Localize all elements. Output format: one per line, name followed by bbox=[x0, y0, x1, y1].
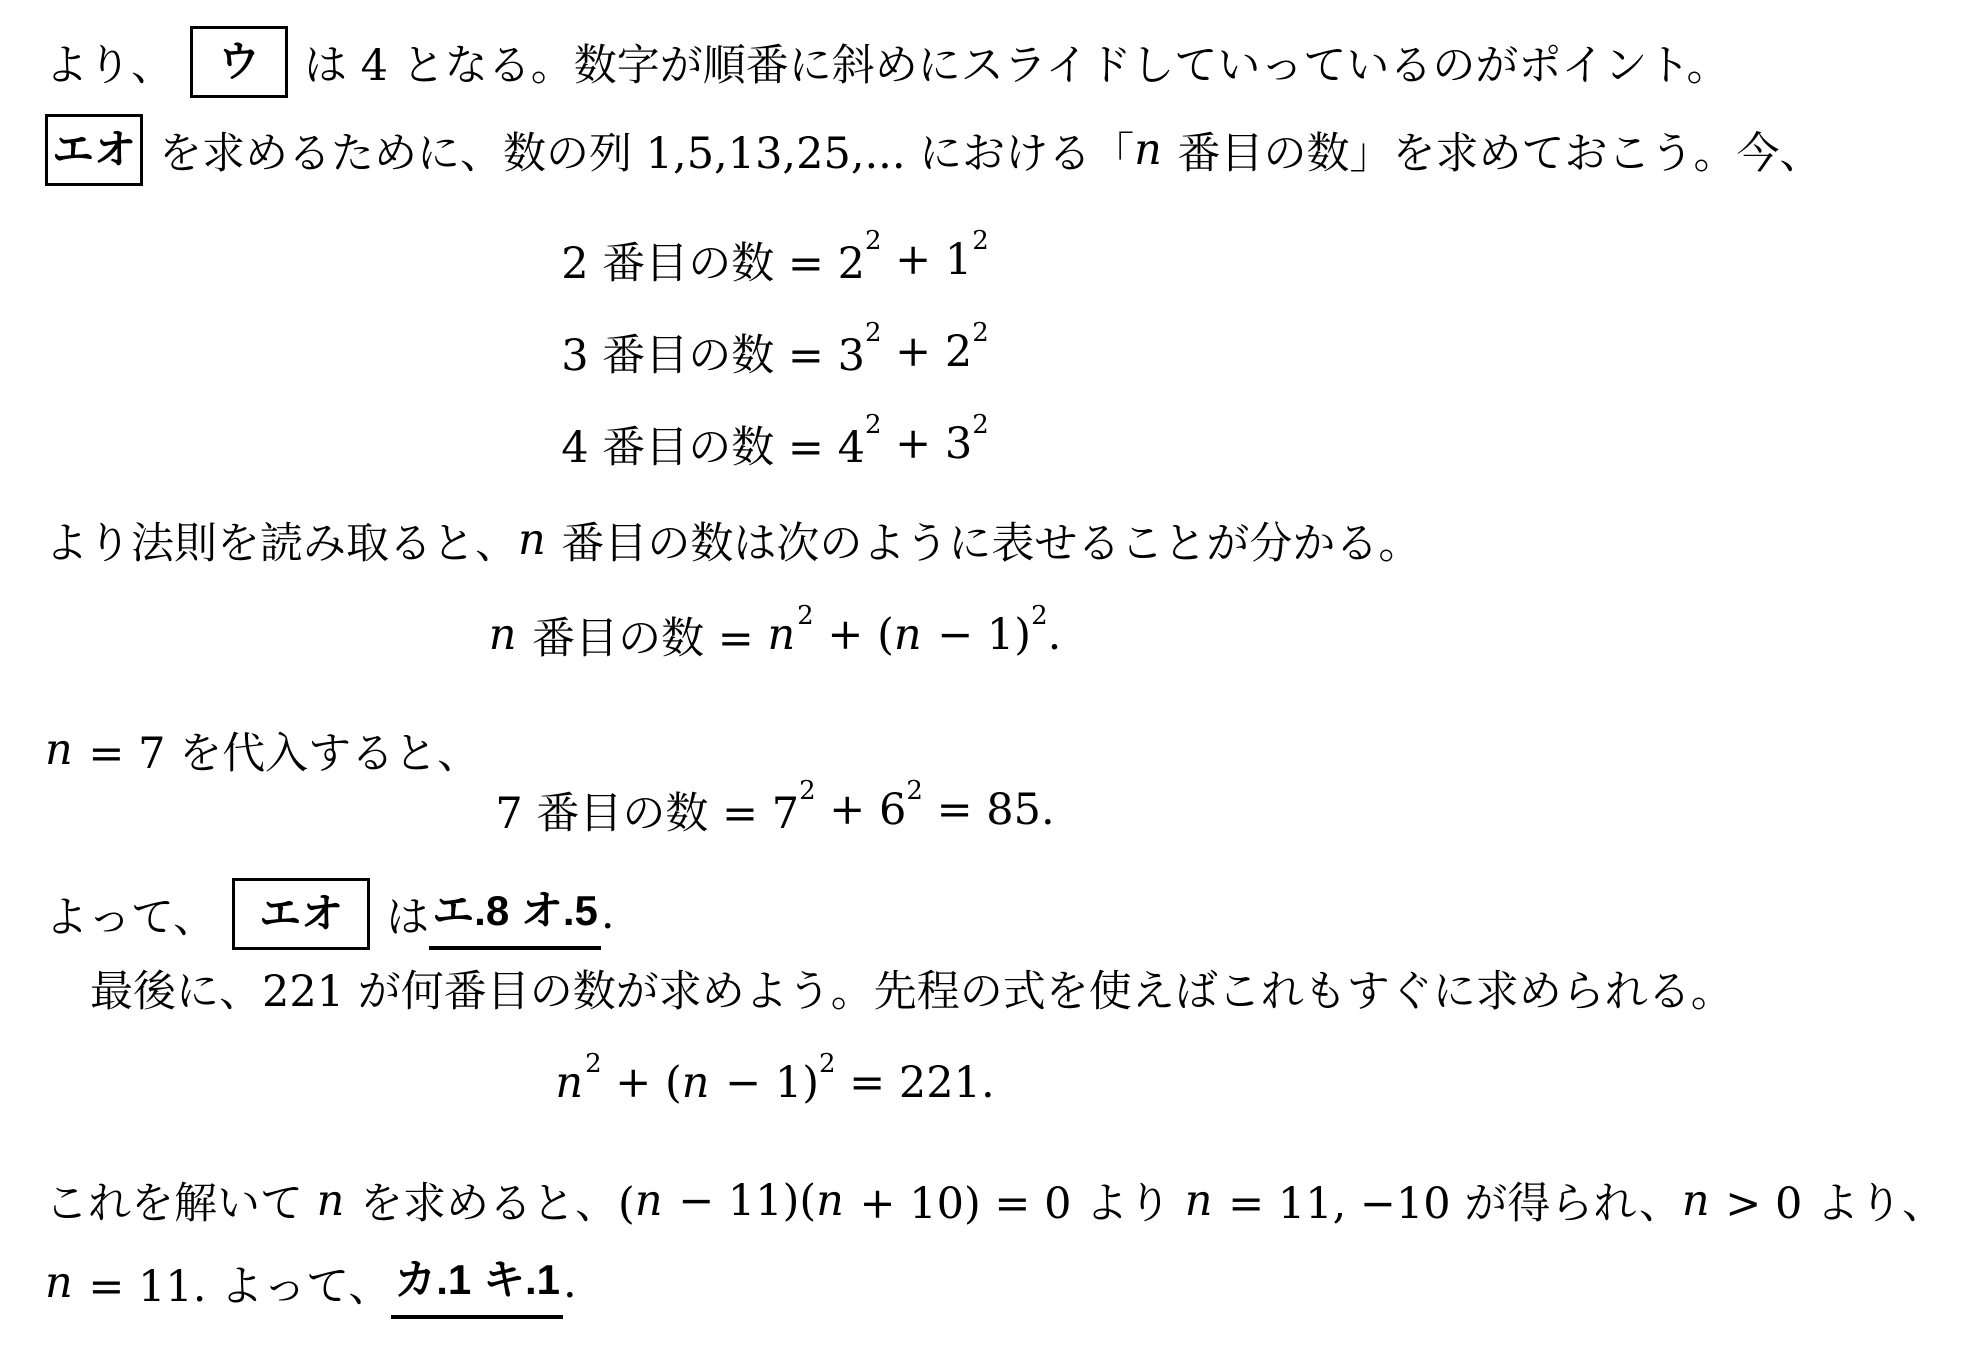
body-text: これを解いて bbox=[45, 1170, 317, 1231]
paragraph-finally: 最後に、221 が何番目の数が求めよう。先程の式を使えばこれもすぐに求められる。 bbox=[45, 958, 1505, 1018]
math-var-n: n bbox=[518, 515, 548, 565]
math-var-n: n bbox=[1134, 125, 1164, 175]
body-text: より、 bbox=[45, 32, 174, 93]
math-var-n: n bbox=[317, 1176, 347, 1226]
answer-underline-eo: エ.8 オ.5 bbox=[429, 878, 601, 950]
math-var-n: n bbox=[45, 1258, 75, 1308]
paragraph-substitute-7: n = 7 を代入すると、 bbox=[45, 720, 1505, 780]
answer-box-eo: エオ bbox=[45, 114, 143, 186]
equation-221: n2 + (n − 1)2 = 221. bbox=[45, 1043, 1505, 1123]
body-text: は bbox=[386, 884, 429, 945]
body-text: 番目の数」を求めておこう。今、 bbox=[1164, 120, 1823, 181]
body-text: よって、 bbox=[45, 884, 216, 945]
answer-box-u: ウ bbox=[190, 26, 288, 98]
body-text: + 10) = 0 より bbox=[846, 1170, 1185, 1231]
math-var-n: n bbox=[45, 725, 75, 775]
equation-text: = 85. bbox=[923, 785, 1055, 835]
text-block: より、 ウ は 4 となる。数字が順番に斜めにスライドしていっているのがポイント… bbox=[45, 18, 1505, 1318]
equation-4th-number: 4 番目の数 = 42 + 32 bbox=[45, 398, 1505, 490]
math-solution-page: より、 ウ は 4 となる。数字が順番に斜めにスライドしていっているのがポイント… bbox=[0, 0, 1980, 1362]
answer-underline-kaki: カ.1 キ.1 bbox=[391, 1247, 563, 1319]
equation-nth-number: n 番目の数 = n2 + (n − 1)2. bbox=[45, 595, 1505, 675]
body-text: − 11)( bbox=[665, 1176, 817, 1226]
paragraph-answer-kaki: n = 11. よって、 カ.1 キ.1 . bbox=[45, 1248, 1505, 1318]
body-text: 最後に、221 が何番目の数が求めよう。先程の式を使えばこれもすぐに求められる。 bbox=[90, 958, 1734, 1019]
math-var-n: n bbox=[635, 1176, 665, 1226]
body-text: . bbox=[601, 889, 615, 939]
math-var-n: n bbox=[489, 610, 519, 660]
equation-text: + ( bbox=[602, 1058, 682, 1108]
body-text: = 7 を代入すると、 bbox=[75, 720, 480, 781]
equation-text: + 3 bbox=[882, 419, 973, 469]
body-text: > 0 より、 bbox=[1712, 1170, 1945, 1231]
equation-text: + 1 bbox=[882, 235, 973, 285]
math-var-n: n bbox=[555, 1058, 585, 1108]
paragraph-solve: これを解いて n を求めると、( n − 11)( n + 10) = 0 より… bbox=[45, 1168, 1505, 1233]
equation-text: 3 番目の数 = 3 bbox=[561, 322, 865, 383]
equation-text: 2 番目の数 = 2 bbox=[561, 230, 865, 291]
equation-text: 4 番目の数 = 4 bbox=[561, 414, 865, 475]
math-var-n: n bbox=[682, 1058, 712, 1108]
equation-text: . bbox=[1048, 610, 1062, 660]
equation-group-examples: 2 番目の数 = 22 + 12 3 番目の数 = 32 + 22 4 番目の数… bbox=[45, 214, 1505, 490]
equation-text: − 1) bbox=[711, 1058, 819, 1108]
math-var-n: n bbox=[1682, 1176, 1712, 1226]
equation-2nd-number: 2 番目の数 = 22 + 12 bbox=[45, 214, 1505, 306]
equation-text: = 221. bbox=[836, 1058, 995, 1108]
math-var-n: n bbox=[816, 1176, 846, 1226]
math-var-n: n bbox=[894, 610, 924, 660]
body-text: 番目の数は次のように表せることが分かる。 bbox=[548, 510, 1422, 571]
equation-text: + 2 bbox=[882, 327, 973, 377]
equation-text: + 6 bbox=[816, 785, 907, 835]
answer-box-eo: エオ bbox=[232, 878, 370, 950]
equation-text: − 1) bbox=[924, 610, 1032, 660]
math-var-n: n bbox=[767, 610, 797, 660]
body-text: は 4 となる。数字が順番に斜めにスライドしていっているのがポイント。 bbox=[304, 32, 1730, 93]
equation-text: + ( bbox=[814, 610, 894, 660]
body-text: . bbox=[563, 1258, 577, 1308]
body-text: を求めるために、数の列 1,5,13,25,... における「 bbox=[159, 120, 1134, 181]
paragraph-rule: より法則を読み取ると、 n 番目の数は次のように表せることが分かる。 bbox=[45, 510, 1505, 570]
equation-text: 番目の数 = bbox=[518, 605, 767, 666]
equation-text: 7 番目の数 = 7 bbox=[495, 780, 799, 841]
body-text: = 11, −10 が得られ、 bbox=[1215, 1170, 1682, 1231]
paragraph-answer-eo: よって、 エオ は エ.8 オ.5 . bbox=[45, 870, 1505, 958]
body-text: = 11. よって、 bbox=[75, 1253, 392, 1314]
math-var-n: n bbox=[1185, 1176, 1215, 1226]
body-text: を求めると、( bbox=[346, 1170, 634, 1231]
equation-7th-number: 7 番目の数 = 72 + 62 = 85. bbox=[45, 780, 1505, 840]
equation-3rd-number: 3 番目の数 = 32 + 22 bbox=[45, 306, 1505, 398]
paragraph-point-u: より、 ウ は 4 となる。数字が順番に斜めにスライドしていっているのがポイント… bbox=[45, 18, 1505, 106]
paragraph-eo-setup: エオ を求めるために、数の列 1,5,13,25,... における「 n 番目の… bbox=[45, 106, 1505, 194]
body-text: より法則を読み取ると、 bbox=[45, 510, 518, 571]
